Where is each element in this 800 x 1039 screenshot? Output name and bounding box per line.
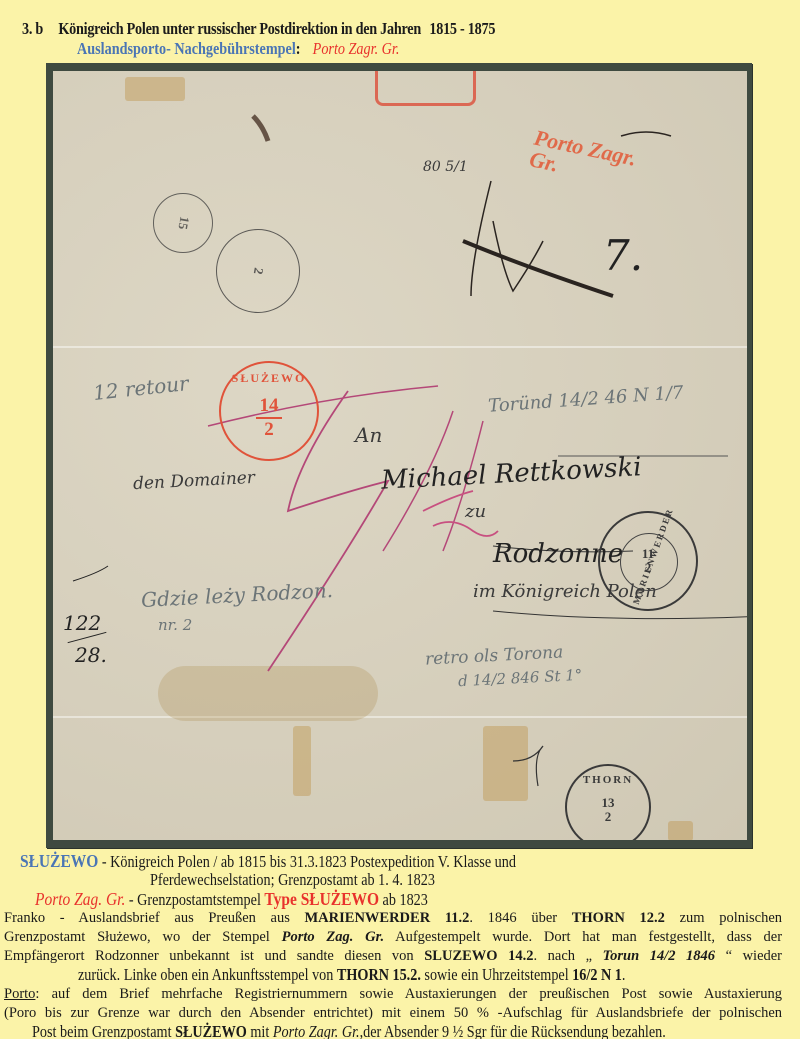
highlight: Porto Zag. Gr. [282, 929, 385, 945]
caption-text: Pferdewechselstation; Grenzpostamt ab 1.… [150, 870, 435, 889]
stamp-name-red: Porto Zag. Gr. [35, 889, 125, 909]
title-text: Königreich Polen unter russischer Postdi… [58, 19, 421, 38]
paragraph-line-4: zurück. Linke oben ein Ankunftsstempel v… [78, 966, 625, 985]
letter-frame: Porto Zagr. Gr. 80 5/1 7. 12 retour Torü… [46, 63, 752, 848]
page-header: 3. b Königreich Polen unter russischer P… [0, 0, 800, 64]
stamp-place: SŁUŻEWO [221, 371, 317, 386]
highlight: Porto Zagr. Gr. [273, 1022, 360, 1039]
stamp-month: 2 [605, 810, 612, 824]
stamp-type-label: Type SŁUŻEWO [264, 889, 379, 909]
section-number: 3. b [22, 19, 43, 38]
registry-note: 80 5/1 [423, 159, 468, 175]
highlight: MARIENWERDER 11.2 [305, 910, 470, 926]
paragraph-line-5: Porto: auf dem Brief mehrfache Registrie… [4, 985, 782, 1004]
porto-label: Porto [4, 986, 35, 1002]
addressee-to: An [355, 423, 382, 447]
caption-line-1: SŁUŻEWO - Königreich Polen / ab 1815 bis… [20, 852, 516, 872]
stamp-place: THORN [567, 774, 649, 786]
marienwerder-stamp: MARIENWERDER 11 2 [598, 511, 698, 611]
highlight: Torun 14/2 1846 [603, 948, 715, 964]
text: Aufgestempelt wurde. Dort hat man festge… [384, 929, 782, 945]
stamp-month: 2 [264, 420, 274, 440]
text: Post beim Grenzpostamt [32, 1022, 175, 1039]
text: sowie ein Uhrzeitstempel [421, 965, 572, 984]
subtitle-colon: : [296, 39, 301, 58]
caption-line-3: Porto Zag. Gr. - Grenzpostamtstempel Typ… [35, 890, 428, 910]
ink-strokes [53, 71, 747, 840]
page-title: 3. b Königreich Polen unter russischer P… [22, 19, 495, 39]
sluzewo-date-stamp: SŁUŻEWO 14 2 [219, 361, 319, 461]
fraction-top: 122 [63, 611, 101, 635]
highlight: THORN 15.2. [337, 965, 421, 984]
caption-text: ab 1823 [379, 890, 428, 909]
thorn-stamp: THORN 13 2 [565, 764, 651, 840]
text: (Poro bis zur Grenze war durch den Absen… [4, 1005, 782, 1021]
round-date-stamp: 2 [216, 229, 300, 313]
highlight: THORN 12.2 [572, 910, 665, 926]
text: : auf dem Brief mehrfache Registriernumm… [35, 986, 782, 1002]
paragraph-line-3: Empfängerort Rodzonner unbekannt ist und… [4, 947, 782, 966]
caption-text: - Königreich Polen / ab 1815 bis 31.3.18… [98, 852, 516, 871]
highlight: SLUZEWO 14.2 [424, 948, 533, 964]
paragraph-line-2: Grenzpostamt Służewo, wo der Stempel Por… [4, 928, 782, 947]
text: . [622, 965, 626, 984]
polish-note-number: nr. 2 [158, 616, 192, 634]
text: “ wieder [715, 948, 782, 964]
text: ,der Absender 9 ½ Sgr für die Rücksendun… [360, 1022, 666, 1039]
caption-text: - Grenzpostamtstempel [125, 890, 264, 909]
text: zurück. Linke oben ein Ankunftsstempel v… [78, 965, 337, 984]
paragraph-line-7: Post beim Grenzpostamt SŁUŻEWO mit Porto… [32, 1023, 666, 1039]
stamp-mid: 2 [251, 267, 267, 276]
subtitle-label: Auslandsporto- Nachgebührstempel [77, 39, 296, 58]
letter-cover-image: Porto Zagr. Gr. 80 5/1 7. 12 retour Torü… [53, 71, 747, 840]
page-subtitle: Auslandsporto- Nachgebührstempel: Porto … [77, 39, 399, 59]
stamp-day: 14 [260, 396, 279, 416]
title-years: 1815 - 1875 [429, 19, 495, 38]
charge-mark: 7. [603, 231, 643, 280]
caption-line-2: Pferdewechselstation; Grenzpostamt ab 1.… [150, 871, 435, 890]
small-date-stamp: 15 [153, 193, 213, 253]
highlight: 16/2 N 1 [572, 965, 622, 984]
stamp-day: 15 [175, 215, 192, 230]
text: . nach „ [534, 948, 603, 964]
text: . 1846 über [469, 910, 571, 926]
text: Grenzpostamt Służewo, wo der Stempel [4, 929, 282, 945]
text: Empfängerort Rodzonner unbekannt ist und… [4, 948, 424, 964]
text: Franko - Auslandsbrief aus Preußen aus [4, 910, 305, 926]
highlight: SŁUŻEWO [175, 1022, 247, 1039]
text: zum polnischen [665, 910, 782, 926]
paragraph-line-1: Franko - Auslandsbrief aus Preußen aus M… [4, 909, 782, 928]
place-name-blue: SŁUŻEWO [20, 851, 98, 871]
text: mit [247, 1022, 273, 1039]
paragraph-line-6: (Poro bis zur Grenze war durch den Absen… [4, 1004, 782, 1023]
fraction-bottom: 28. [75, 643, 107, 667]
to-word: zu [465, 501, 486, 522]
stamp-day: 13 [602, 796, 615, 810]
subtitle-stamp-name: Porto Zagr. Gr. [313, 39, 400, 58]
